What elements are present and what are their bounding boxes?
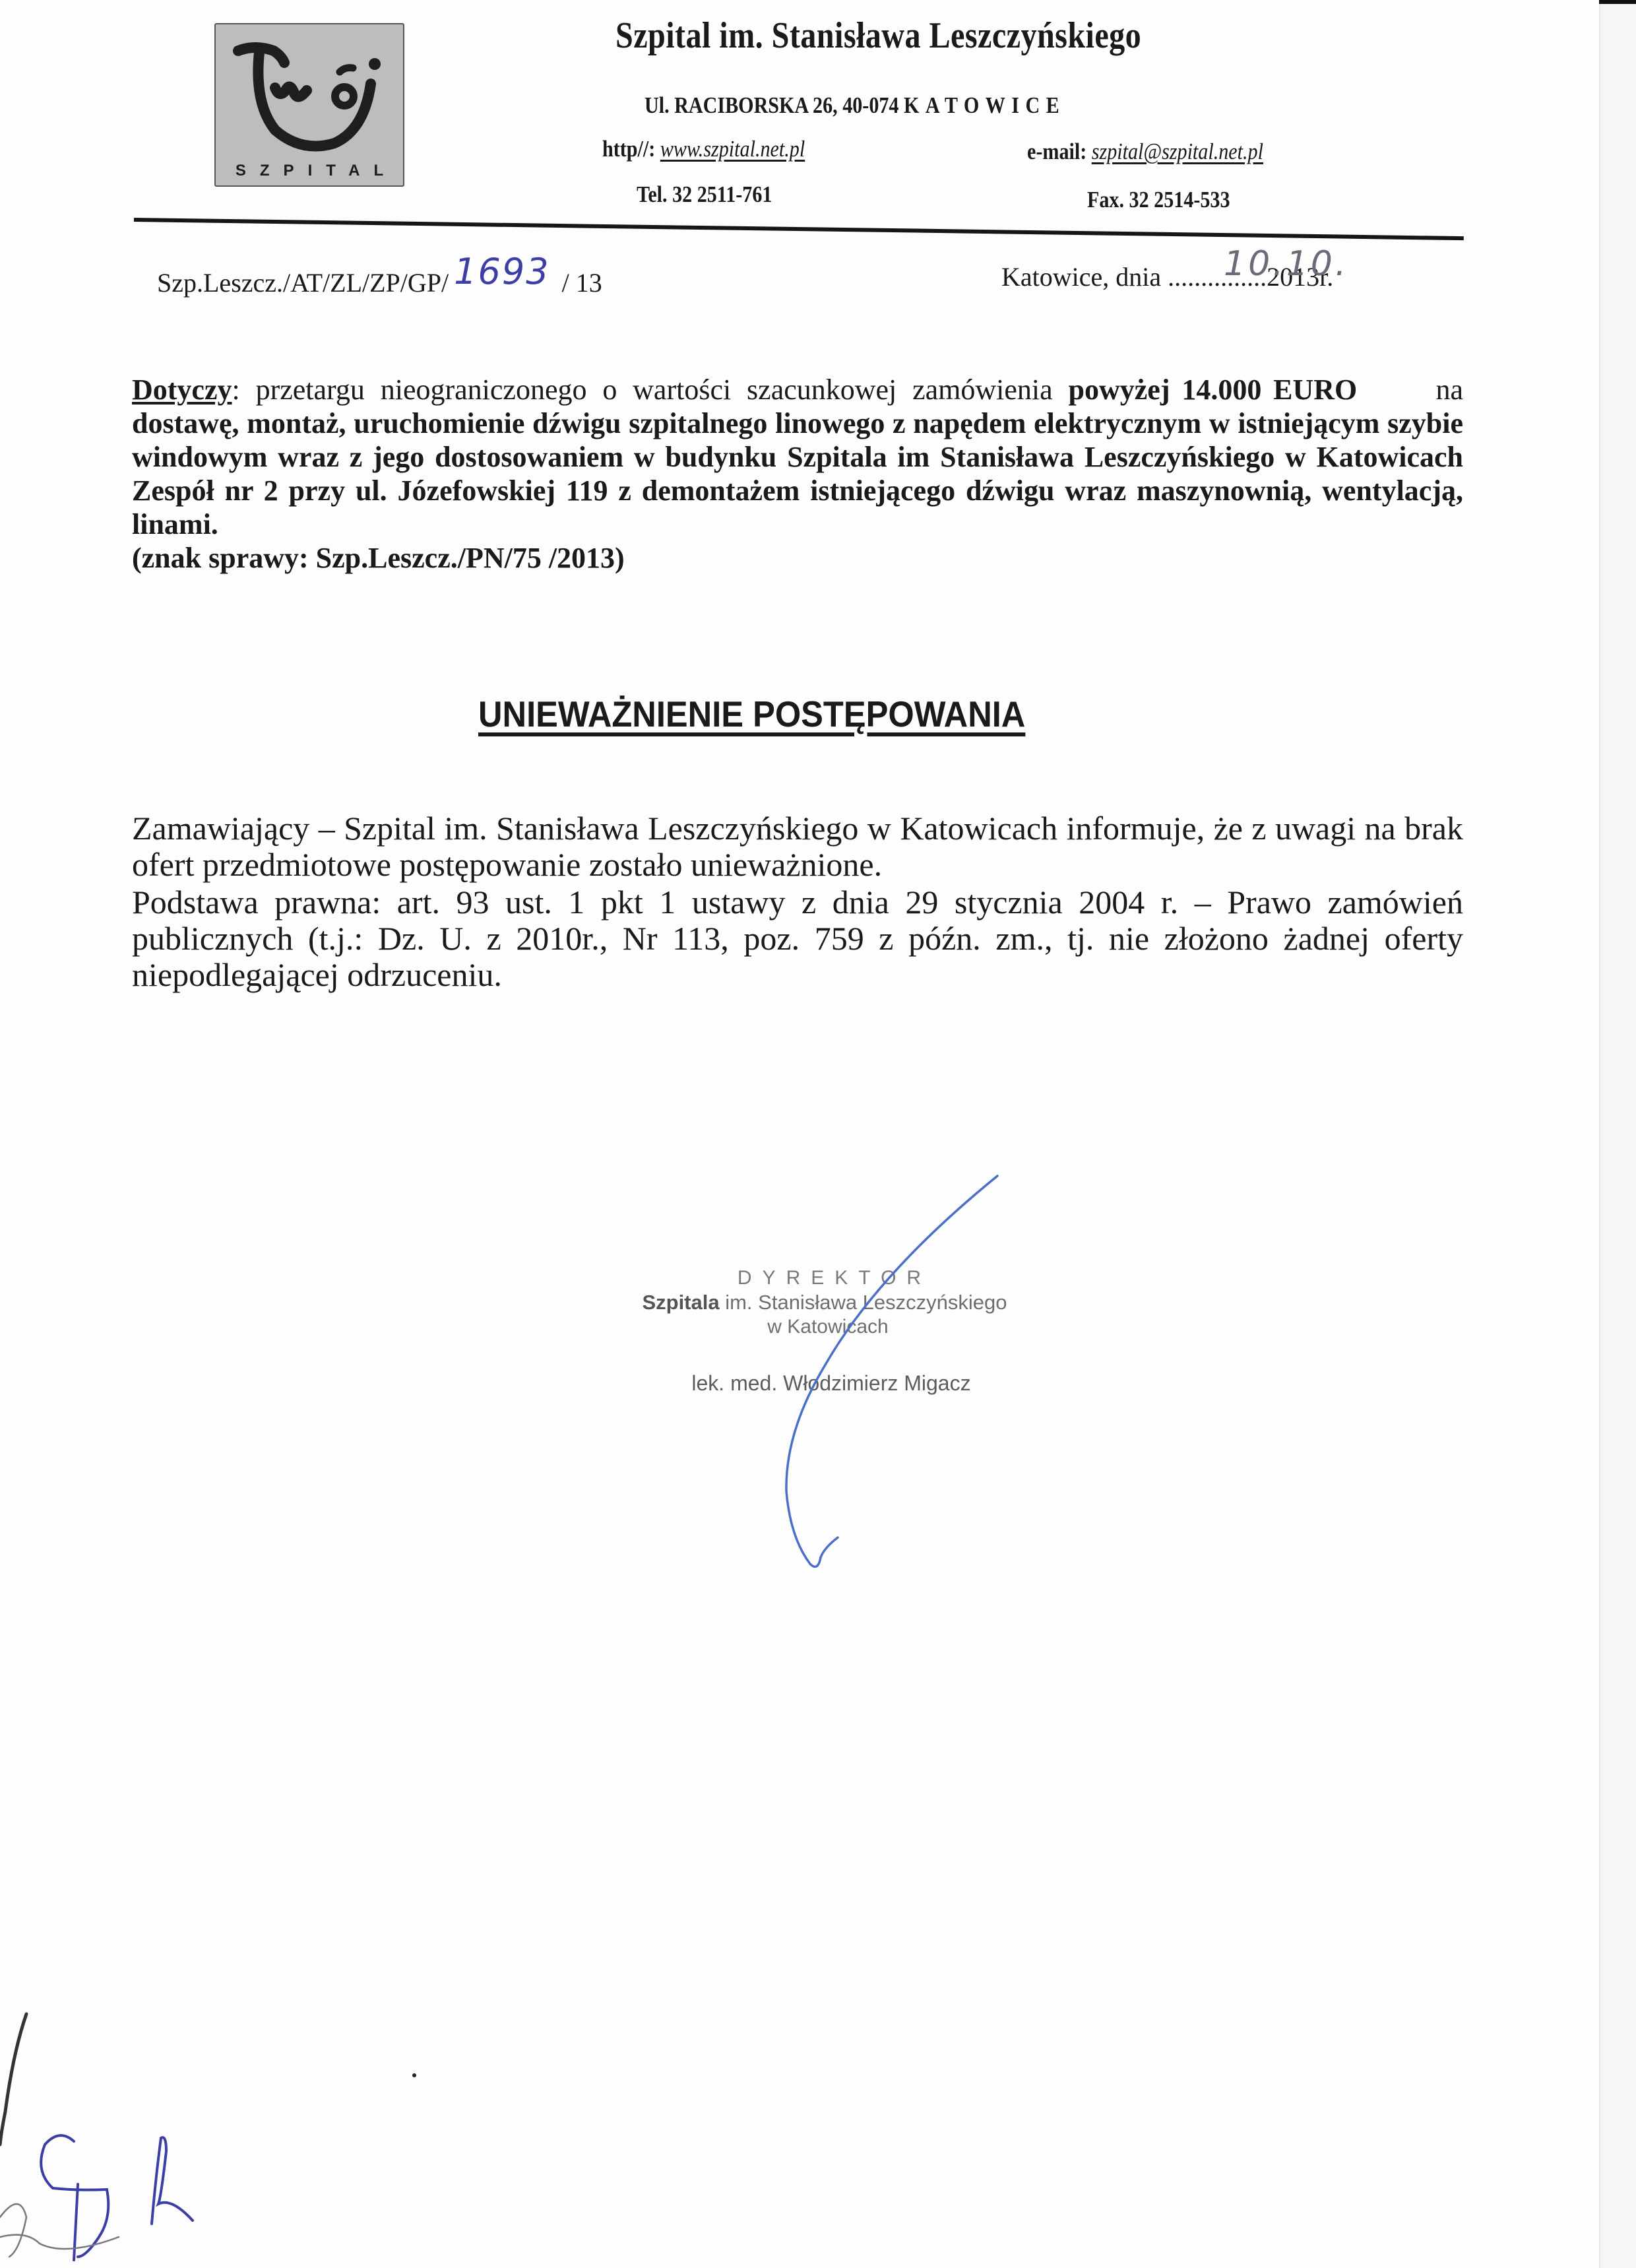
document-body: Zamawiający – Szpital im. Stanisława Les… (132, 810, 1463, 993)
reference-number: Szp.Leszcz./AT/ZL/ZP/GP/1693/ 13 (157, 259, 602, 300)
hospital-address: Ul. RACIBORSKA 26, 40-074 KATOWICE (645, 92, 1065, 119)
handwritten-date: 10.10. (1224, 244, 1348, 284)
concerns-subject: dostawę, montaż, uruchomienie dźwigu szp… (132, 407, 1463, 540)
website-link[interactable]: www.szpital.net.pl (660, 136, 805, 162)
stamp-city: w Katowicach (633, 1316, 1022, 1338)
initials-signature-icon (41, 2135, 108, 2260)
concerns-na: na (1357, 373, 1463, 406)
director-stamp: DYREKTOR Szpitala im. Stanisława Leszczy… (646, 1267, 1022, 1396)
reference-prefix: Szp.Leszcz./AT/ZL/ZP/GP/ (157, 268, 449, 298)
email-line: e-mail: szpital@szpital.net.pl (1027, 139, 1263, 165)
concerns-colon: : (232, 373, 240, 406)
body-paragraph-2: Podstawa prawna: art. 93 ust. 1 pkt 1 us… (132, 884, 1463, 993)
concerns-threshold: powyżej 14.000 EURO (1069, 373, 1358, 406)
stamp-institution-bold: Szpitala (642, 1291, 719, 1314)
hospital-name: Szpital im. Stanisława Leszczyńskiego (615, 15, 1141, 57)
handwriting-overlay (0, 0, 1636, 2268)
hospital-logo: SZPITAL (214, 23, 404, 187)
website-label: http//: (602, 136, 660, 162)
website-line: http//: www.szpital.net.pl (602, 136, 805, 162)
stamp-name: lek. med. Włodzimierz Migacz (640, 1371, 1022, 1396)
concerns-intro: przetargu nieograniczonego o wartości sz… (240, 373, 1069, 406)
concerns-label: Dotyczy (132, 373, 232, 406)
logo-caption: SZPITAL (216, 162, 403, 180)
body-paragraph-1: Zamawiający – Szpital im. Stanisława Les… (132, 810, 1463, 883)
header-divider (134, 218, 1464, 240)
stamp-institution: Szpitala im. Stanisława Leszczyńskiego (627, 1291, 1022, 1314)
initial-h-icon (152, 2137, 193, 2224)
email-link[interactable]: szpital@szpital.net.pl (1092, 139, 1263, 164)
stamp-role: DYREKTOR (646, 1267, 1022, 1289)
handwritten-reference: 1693 (454, 251, 550, 292)
case-number: (znak sprawy: Szp.Leszcz./PN/75 /2013) (132, 542, 625, 574)
phone-number: Tel. 32 2511-761 (637, 181, 772, 208)
scan-edge (1599, 0, 1636, 2268)
address-city: KATOWICE (904, 92, 1065, 118)
stamp-institution-rest: im. Stanisława Leszczyńskiego (720, 1291, 1007, 1314)
margin-stroke-icon (0, 2014, 26, 2145)
date-prefix: Katowice, dnia (1001, 262, 1168, 292)
document-title: UNIEWAŻNIENIE POSTĘPOWANIA (478, 693, 1061, 735)
concerns-paragraph: Dotyczy: przetargu nieograniczonego o wa… (132, 373, 1463, 575)
reference-suffix: / 13 (562, 268, 602, 298)
speck-icon (412, 2073, 416, 2077)
address-street: Ul. RACIBORSKA 26, 40-074 (645, 92, 904, 118)
fax-number: Fax. 32 2514-533 (1087, 187, 1230, 213)
gray-scribble-icon (0, 2204, 119, 2257)
email-label: e-mail: (1027, 139, 1092, 164)
scan-edge-mark (1599, 0, 1636, 4)
